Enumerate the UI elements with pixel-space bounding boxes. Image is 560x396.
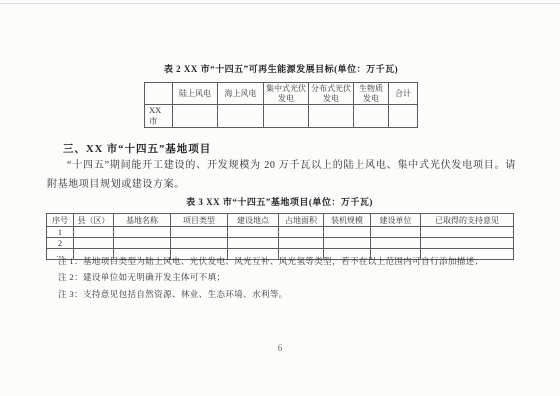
column-header: 已取得的支持意见 xyxy=(421,214,514,227)
table-row: XX 市 xyxy=(145,105,418,128)
base-projects-table-block: 表 3 XX 市“十四五”基地项目(单位：万千瓦) 序号县（区）基地名称项目类型… xyxy=(46,195,513,260)
table-cell xyxy=(389,105,418,128)
note-line: 注 3：支持意见包括自然资源、林业、生态环境、水利等。 xyxy=(58,286,516,302)
page-number: 6 xyxy=(0,343,560,353)
column-header: 装机规模 xyxy=(324,214,371,227)
header-row: 陆上风电海上风电集中式光伏发电分布式光伏发电生物质发电合计 xyxy=(145,83,418,105)
table-cell xyxy=(324,238,371,249)
table-cell xyxy=(279,238,324,249)
table-cell: 2 xyxy=(47,238,74,249)
table-cell: XX 市 xyxy=(145,105,173,128)
renewable-targets-table-block: 表 2 XX 市“十四五”可再生能源发展目标(单位：万千瓦) 陆上风电海上风电集… xyxy=(144,62,418,128)
column-header: 生物质发电 xyxy=(354,83,389,105)
table-cell xyxy=(279,227,324,238)
table-cell xyxy=(371,227,421,238)
column-header: 集中式光伏发电 xyxy=(264,83,309,105)
section-paragraph: “十四五”期间能开工建设的、开发规模为 20 万千瓦以上的陆上风电、集中式光伏发… xyxy=(47,156,516,194)
note-line: 注 1：基地项目类型为陆上风电、光伏发电、风光互补、风光氢等类型，若不在以上范围… xyxy=(58,253,516,269)
table-cell xyxy=(324,227,371,238)
table-cell xyxy=(309,105,354,128)
table-cell xyxy=(218,105,264,128)
header-row: 序号县（区）基地名称项目类型建设地点占地面积装机规模建设单位已取得的支持意见 xyxy=(47,214,514,227)
table-cell xyxy=(114,227,171,238)
scan-edge-line xyxy=(0,3,560,4)
column-header: 占地面积 xyxy=(279,214,324,227)
table-cell xyxy=(74,227,114,238)
table-row: 1 xyxy=(47,227,514,238)
table-cell: 1 xyxy=(47,227,74,238)
column-header: 分布式光伏发电 xyxy=(309,83,354,105)
column-header: 合计 xyxy=(389,83,418,105)
table-cell xyxy=(421,227,514,238)
section-heading: 三、XX 市“十四五”基地项目 xyxy=(63,141,211,156)
table-cell xyxy=(74,238,114,249)
column-header: 海上风电 xyxy=(218,83,264,105)
column-header: 建设单位 xyxy=(371,214,421,227)
table-cell xyxy=(371,238,421,249)
renewable-targets-table-title: 表 2 XX 市“十四五”可再生能源发展目标(单位：万千瓦) xyxy=(144,62,418,75)
base-projects-table-title: 表 3 XX 市“十四五”基地项目(单位：万千瓦) xyxy=(46,195,513,208)
table-cell xyxy=(228,238,279,249)
table-cell xyxy=(264,105,309,128)
note-line: 注 2：建设单位如无明确开发主体可不填； xyxy=(58,269,516,285)
column-header: 建设地点 xyxy=(228,214,279,227)
renewable-targets-table: 陆上风电海上风电集中式光伏发电分布式光伏发电生物质发电合计XX 市 xyxy=(144,82,418,128)
table-cell xyxy=(228,227,279,238)
table-row: 2 xyxy=(47,238,514,249)
column-header: 县（区） xyxy=(74,214,114,227)
column-header xyxy=(145,83,173,105)
table-cell xyxy=(114,238,171,249)
table-cell xyxy=(354,105,389,128)
table-cell xyxy=(173,105,218,128)
table-notes: 注 1：基地项目类型为陆上风电、光伏发电、风光互补、风光氢等类型，若不在以上范围… xyxy=(58,253,516,302)
table-cell xyxy=(171,238,228,249)
table-cell xyxy=(421,238,514,249)
table-cell xyxy=(171,227,228,238)
column-header: 项目类型 xyxy=(171,214,228,227)
column-header: 序号 xyxy=(47,214,74,227)
column-header: 陆上风电 xyxy=(173,83,218,105)
column-header: 基地名称 xyxy=(114,214,171,227)
